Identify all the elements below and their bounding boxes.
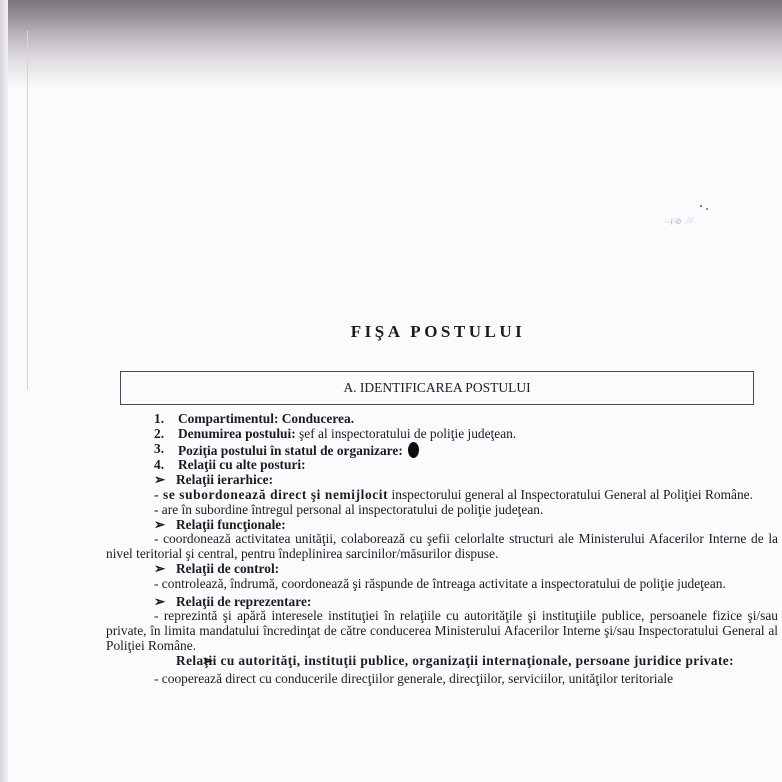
paragraph: - se subordonează direct şi nemijlocit i… (106, 488, 778, 503)
arrow-bullet-icon: ➢ (154, 654, 176, 669)
subheading-text: Relaţii cu autorităţi, instituţii public… (176, 653, 734, 668)
subheading-text: Relaţii funcţionale: (176, 517, 286, 532)
faded-stamp: ~ℓ⊘ ⁄⁄⁄ (664, 215, 695, 228)
redaction-mark (408, 442, 419, 458)
document-title: FIŞA POSTULUI (0, 322, 782, 342)
paragraph-text: inspectorului general al Inspectoratului… (388, 487, 753, 502)
item-label: Poziţia postului în statul de organizare… (178, 443, 403, 458)
bold-phrase: - se subordonează direct şi nemijlocit (154, 487, 388, 502)
item-number: 4. (154, 458, 164, 473)
page-edge (0, 0, 8, 782)
arrow-bullet-icon: ➢ (154, 473, 176, 488)
arrow-bullet-icon: ➢ (154, 562, 176, 577)
item-label: Denumirea postului: (178, 426, 296, 441)
arrow-bullet-icon: ➢ (154, 518, 176, 533)
item-value: şef al inspectoratului de poliţie judeţe… (296, 426, 517, 441)
subheading-authorities: ➢Relaţii cu autorităţi, instituţii publi… (106, 654, 778, 669)
paragraph: - controlează, îndrumă, coordonează şi r… (106, 577, 778, 592)
arrow-bullet-icon: ➢ (154, 595, 176, 610)
document-body: 1. Compartimentul: Conducerea. 2. Denumi… (106, 412, 778, 686)
numbered-item: 4. Relaţii cu alte posturi: (106, 458, 778, 473)
stamp-dots (700, 205, 702, 207)
item-number: 2. (154, 427, 164, 442)
section-heading: A. IDENTIFICAREA POSTULUI (343, 380, 530, 396)
paragraph: - cooperează direct cu conducerile direc… (106, 672, 778, 687)
paragraph: - are în subordine întregul personal al … (106, 503, 778, 518)
numbered-item: 1. Compartimentul: Conducerea. (106, 412, 778, 427)
paragraph: - coordonează activitatea unităţii, cola… (106, 532, 778, 562)
numbered-item: 3. Poziţia postului în statul de organiz… (106, 442, 778, 459)
item-number: 3. (154, 442, 164, 457)
subheading-functional: ➢Relaţii funcţionale: (106, 518, 778, 533)
subheading-text: Relaţii de control: (176, 561, 279, 576)
item-label: Compartimentul: Conducerea. (178, 411, 354, 426)
subheading-text: Relaţii de reprezentare: (176, 594, 311, 609)
section-heading-box: A. IDENTIFICAREA POSTULUI (120, 371, 754, 405)
subheading-control: ➢Relaţii de control: (106, 562, 778, 577)
subheading-representation: ➢Relaţii de reprezentare: (106, 595, 778, 610)
scan-shadow (0, 0, 782, 90)
item-label: Relaţii cu alte posturi: (178, 457, 306, 472)
subheading-text: Relaţii ierarhice: (176, 472, 273, 487)
numbered-item: 2. Denumirea postului: şef al inspectora… (106, 427, 778, 442)
item-number: 1. (154, 412, 164, 427)
subheading-hierarchical: ➢Relaţii ierarhice: (106, 473, 778, 488)
paragraph: - reprezintă şi apără interesele institu… (106, 609, 778, 653)
